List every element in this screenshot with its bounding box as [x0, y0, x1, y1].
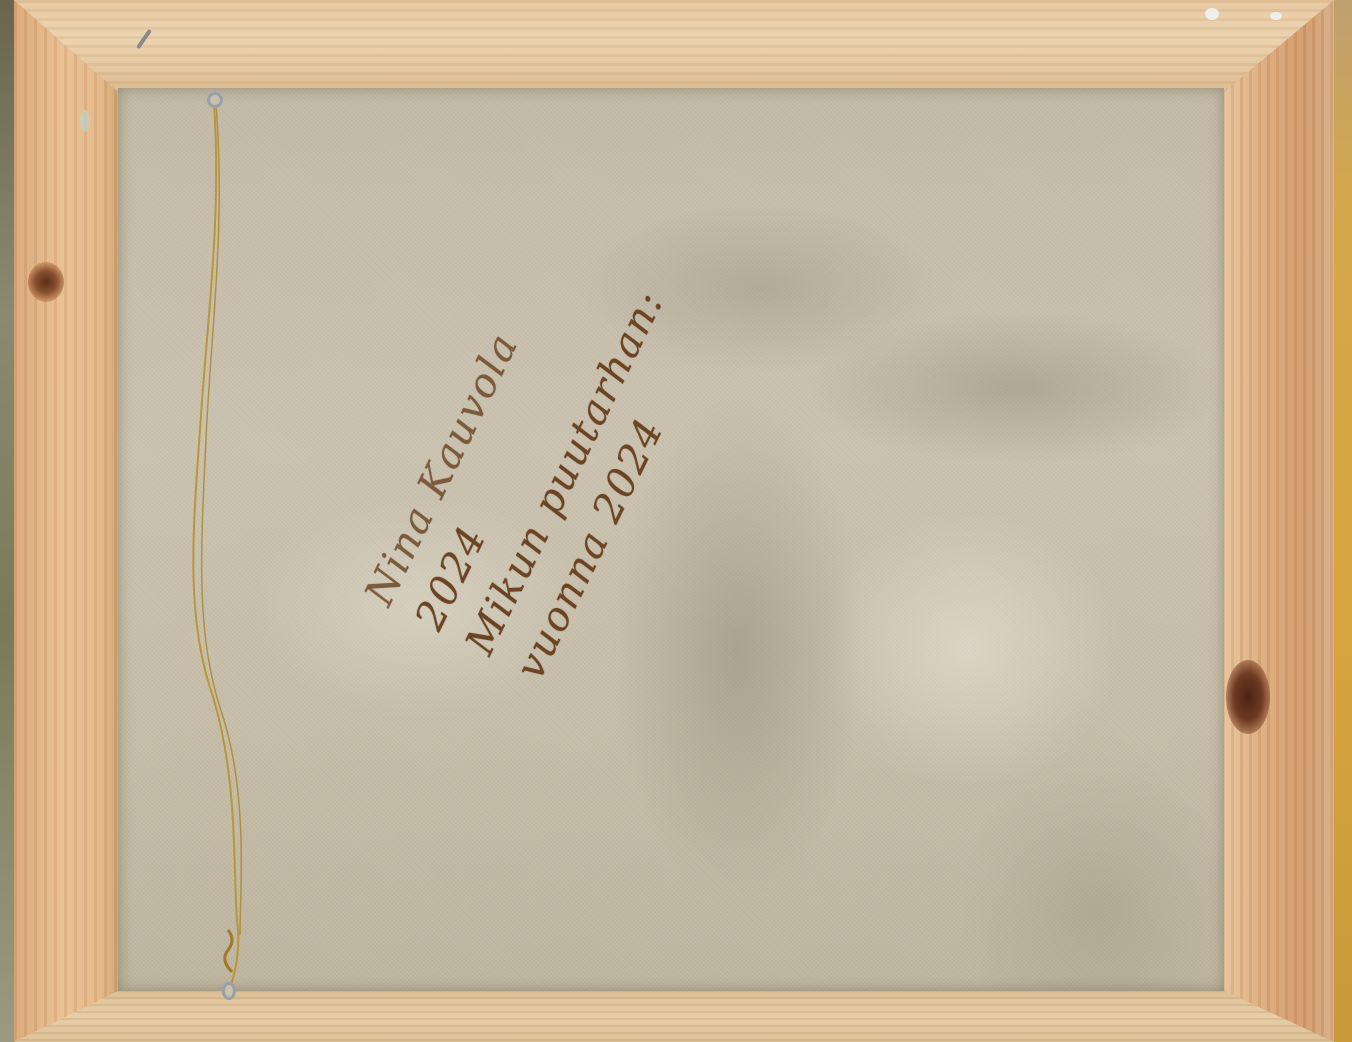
eye-screw-top-icon [207, 92, 223, 108]
background-wall-right [1334, 0, 1352, 1042]
paint-spot [80, 110, 90, 132]
photo-scene: Nina Kauvola 2024 Mikun puutarhan: vuonn… [0, 0, 1352, 1042]
handwritten-inscription: Nina Kauvola 2024 Mikun puutarhan: vuonn… [380, 250, 700, 670]
eye-screw-bottom-icon [222, 982, 236, 1000]
background-left-edge [0, 0, 14, 1042]
wood-knot-left [28, 262, 64, 302]
stretcher-bar-top [14, 0, 1334, 95]
paint-spot [1270, 12, 1282, 20]
wood-knot-right [1226, 660, 1270, 734]
stretcher-bar-bottom [14, 990, 1334, 1042]
stretcher-bar-left [14, 0, 120, 1042]
paint-spot [1205, 8, 1219, 20]
stretcher-bar-right [1222, 0, 1334, 1042]
